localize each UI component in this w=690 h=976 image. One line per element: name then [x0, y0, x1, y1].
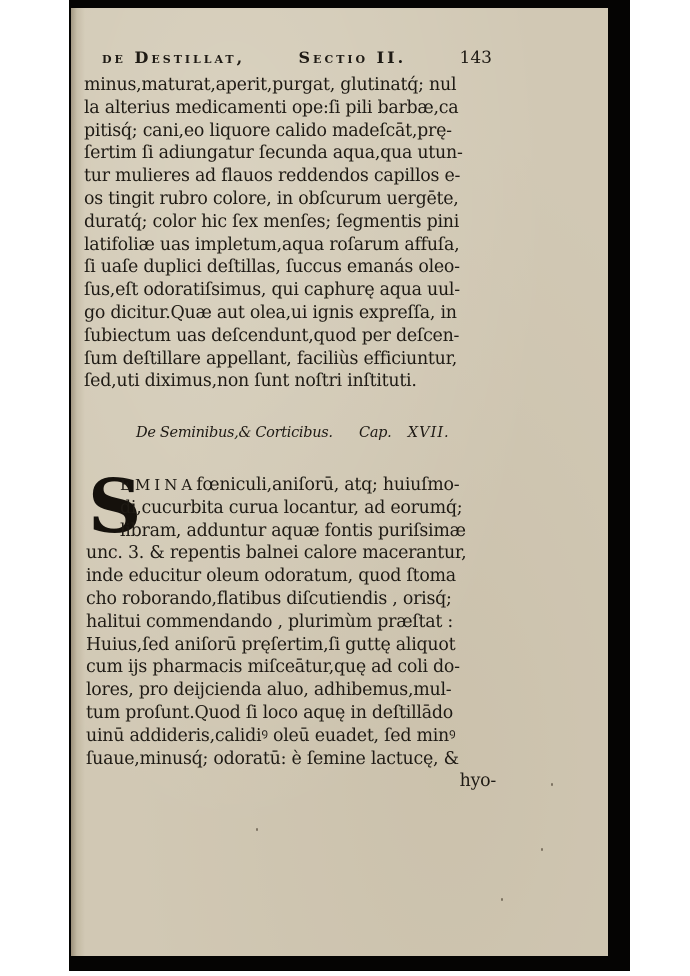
running-head-title: de Destillat,	[102, 48, 245, 68]
catchword: hyo-	[86, 770, 496, 793]
chapter-cap-label: Cap.	[359, 425, 391, 441]
text-line: ſuaue,minusq́; odoratū: è ſemine lactucę…	[86, 748, 496, 771]
text-line: tur mulieres ad flauos reddendos capillo…	[84, 165, 494, 188]
page-number: 143	[460, 48, 492, 68]
chapter-title: De Seminibus,& Corticibus.	[136, 425, 333, 441]
text-line: inde educitur oleum odoratum, quod ſtoma	[86, 565, 496, 588]
text-line: uinū addideris,calidiꝰ oleū euadet, ſed …	[86, 725, 496, 748]
paper-speck	[551, 783, 553, 786]
text-line: tum proſunt.Quod ſi loco aquę in deſtill…	[86, 702, 496, 725]
chapter-number: XVII.	[408, 425, 450, 441]
running-head-section: Sectio II.	[299, 48, 407, 68]
text-line: ſertim ſi adiungatur ſecunda aqua,qua ut…	[84, 142, 494, 165]
text-line: cho roborando,flatibus diſcutiendis , or…	[86, 588, 496, 611]
paper-speck	[501, 898, 503, 901]
text-line: os tingit rubro colore, in obſcurum uerg…	[84, 188, 494, 211]
text-line: ſed,uti diximus,non ſunt noſtri inſtitut…	[84, 370, 494, 393]
text-line: Huius,ſed aniſorū pręſertim,ſi guttę ali…	[86, 634, 496, 657]
text-line: ſi uaſe duplici deſtillas, ſuccus emanás…	[84, 256, 494, 279]
text-line: ſubiectum uas deſcendunt,quod per deſcen…	[84, 325, 494, 348]
text-line: libram, adduntur aquæ fontis puriſsimæ	[86, 520, 496, 543]
chapter-heading: De Seminibus,& Corticibus. Cap. XVII.	[136, 425, 476, 441]
text-line: la alterius medicamenti ope:ſi pili barb…	[84, 97, 494, 120]
text-line: go dicitur.Quæ aut olea,ui ignis expreſſ…	[84, 302, 494, 325]
text-line: latifoliæ uas impletum,aqua roſarum affu…	[84, 234, 494, 257]
text-line: fœniculi,aniſorū, atq; huiuſmo-	[196, 475, 459, 495]
text-line: duratq́; color hic ſex menſes; ſegmentis…	[84, 211, 494, 234]
text-line: minus,maturat,aperit,purgat, glutinatq́;…	[84, 74, 494, 97]
text-line: pitisq́; cani,eo liquore calido madeſcāt…	[84, 120, 494, 143]
text-line: unc. 3. & repentis balnei calore maceran…	[86, 542, 496, 565]
text-line: lores, pro deijcienda aluo, adhibemus,mu…	[86, 679, 496, 702]
text-line: halitui commendando , plurimùm præſtat :	[86, 611, 496, 634]
body-text-part2: EMINAfœniculi,aniſorū, atq; huiuſmo- di,…	[86, 474, 496, 793]
text-line-first: EMINAfœniculi,aniſorū, atq; huiuſmo-	[86, 474, 496, 497]
paper-speck	[256, 828, 258, 831]
running-head: de Destillat, Sectio II. 143	[102, 48, 492, 68]
text-line: cum ijs pharmacis miſceātur,quę ad coli …	[86, 656, 496, 679]
text-line: di,cucurbita curua locantur, ad eorumq́;	[86, 497, 496, 520]
body-text-part1: minus,maturat,aperit,purgat, glutinatq́;…	[84, 74, 494, 393]
text-line: ſus,eſt odoratiſsimus, qui caphurę aqua …	[84, 279, 494, 302]
paper-speck	[541, 848, 543, 851]
first-word-smallcaps: EMINA	[120, 476, 196, 494]
text-line: ſum deſtillare appellant, faciliùs effic…	[84, 348, 494, 371]
